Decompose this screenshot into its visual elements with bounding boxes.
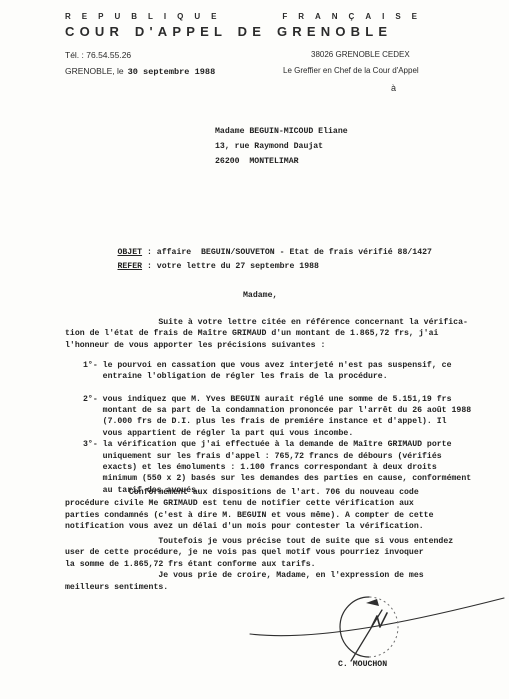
paragraph-intro: Suite à votre lettre citée en référence … — [65, 317, 468, 351]
list-item-2: 2°- vous indiquez que M. Yves BEGUIN aur… — [83, 394, 471, 440]
objet-label: OBJET — [117, 248, 142, 257]
text-line: (7.000 frs de D.I. plus les frais de pre… — [83, 416, 471, 427]
text-line: Conformément aux dispositions de l'art. … — [65, 487, 434, 498]
text-line: montant de sa part de la condamnation pr… — [83, 405, 471, 416]
text-line: 13, rue Raymond Daujat — [215, 139, 348, 154]
signatory-title: Le Greffier en Chef de la Cour d'Appel — [283, 66, 419, 75]
text-line: meilleurs sentiments. — [65, 582, 453, 593]
phone-number: Tél. : 76.54.55.26 — [65, 50, 131, 60]
letterhead-republic: REPUBLIQUE FRANÇAISE — [65, 12, 417, 21]
text-line: tion de l'état de frais de Maître GRIMAU… — [65, 328, 468, 339]
objet-line: OBJET : affaire BEGUIN/SOUVETON - Etat d… — [88, 232, 432, 246]
text-line: 2°- vous indiquez que M. Yves BEGUIN aur… — [83, 394, 471, 405]
text-line: procédure civile Me GRIMAUD est tenu de … — [65, 498, 434, 509]
scanned-letter-page: REPUBLIQUE FRANÇAISE COUR D'APPEL DE GRE… — [0, 0, 509, 699]
text-line: l'honneur de vous apporter les précision… — [65, 340, 468, 351]
text-line: la somme de 1.865,72 frs étant conforme … — [65, 559, 453, 570]
text-line: vous appartient de régler la part qui vo… — [83, 428, 471, 439]
text-line: entraine l'obligation de régler les frai… — [83, 371, 471, 382]
text-line: 1°- le pourvoi en cassation que vous ave… — [83, 360, 471, 371]
text-line: exacts) et les émoluments : 1.100 francs… — [83, 462, 471, 473]
recipient-address: Madame BEGUIN-MICOUD Eliane13, rue Raymo… — [215, 124, 348, 169]
republic-word-1: REPUBLIQUE — [65, 12, 227, 21]
text-line: Je vous prie de croire, Madame, en l'exp… — [65, 570, 453, 581]
text-line: 3°- la vérification que j'ai effectuée à… — [83, 439, 471, 450]
handwritten-signature — [248, 594, 509, 686]
reference-block: OBJET : affaire BEGUIN/SOUVETON - Etat d… — [88, 232, 432, 260]
paragraph-closing: Toutefois je vous précise tout de suite … — [65, 536, 453, 593]
text-line: user de cette procédure, je ne vois pas … — [65, 547, 453, 558]
refer-text: : votre lettre du 27 septembre 1988 — [142, 262, 319, 271]
text-line: uniquement sur les frais d'appel : 765,7… — [83, 451, 471, 462]
numbered-list: 1°- le pourvoi en cassation que vous ave… — [83, 360, 471, 496]
postal-address: 38026 GRENOBLE CEDEX — [311, 50, 410, 59]
refer-label: REFER — [117, 262, 142, 271]
typed-date: 30 septembre 1988 — [128, 67, 216, 77]
city-date-line: GRENOBLE, le30 septembre 1988 — [65, 66, 215, 77]
text-line: parties condamnés (c'est à dire M. BEGUI… — [65, 510, 434, 521]
list-item-1: 1°- le pourvoi en cassation que vous ave… — [83, 360, 471, 383]
text-line: Toutefois je vous précise tout de suite … — [65, 536, 453, 547]
to-mark: à — [391, 83, 396, 93]
salutation: Madame, — [243, 291, 277, 300]
text-line: notification vous avez un délai d'un moi… — [65, 521, 434, 532]
city-date-label: GRENOBLE, le — [65, 66, 124, 76]
text-line: 26200 MONTELIMAR — [215, 154, 348, 169]
letterhead-court-name: COUR D'APPEL DE GRENOBLE — [65, 24, 392, 39]
text-line: minimum (550 x 2) basés sur les demandes… — [83, 473, 471, 484]
republic-word-2: FRANÇAISE — [282, 12, 428, 21]
text-line: Madame BEGUIN-MICOUD Eliane — [215, 124, 348, 139]
signature-name: C. MOUCHON — [338, 660, 387, 669]
paragraph-notification: Conformément aux dispositions de l'art. … — [65, 487, 434, 533]
text-line: Suite à votre lettre citée en référence … — [65, 317, 468, 328]
objet-text: : affaire BEGUIN/SOUVETON - Etat de frai… — [142, 248, 432, 257]
